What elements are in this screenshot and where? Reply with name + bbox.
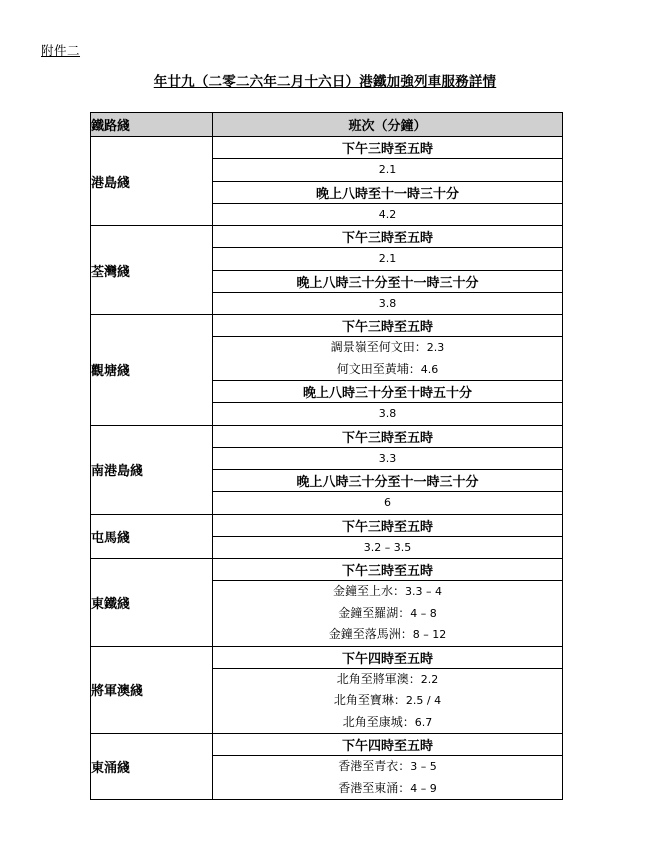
service-period: 晚上八時三十分至十時五十分 (213, 381, 563, 403)
route-segment: 金鐘至羅湖： (338, 606, 410, 620)
frequency-line: 香港至青衣：3 – 5 (213, 756, 562, 778)
frequency-number: 6 (384, 496, 391, 509)
frequency-line: 2.1 (213, 159, 562, 181)
service-period: 下午三時至五時 (213, 514, 563, 536)
frequency-number: 2.2 (421, 673, 439, 686)
frequency-number: 4.2 (379, 208, 397, 221)
frequency-line: 金鐘至落馬洲：8 – 12 (213, 624, 562, 646)
frequency-value: 金鐘至上水：3.3 – 4金鐘至羅湖：4 – 8金鐘至落馬洲：8 – 12 (213, 581, 563, 647)
frequency-value: 3.8 (213, 292, 563, 315)
frequency-number: 2.3 (427, 341, 445, 354)
frequency-number: 3.8 (379, 407, 397, 420)
frequency-line: 6 (213, 492, 562, 514)
frequency-number: 2.1 (379, 252, 397, 265)
service-period: 下午三時至五時 (213, 226, 563, 248)
frequency-number: 3.2 – 3.5 (364, 541, 411, 554)
frequency-value: 3.8 (213, 403, 563, 426)
frequency-number: 8 – 12 (413, 628, 447, 641)
route-segment: 北角至寶琳： (334, 693, 406, 707)
frequency-value: 3.3 (213, 447, 563, 470)
document-title: 年廿九（二零二六年二月十六日）港鐵加強列車服務詳情 (0, 70, 650, 90)
frequency-value: 調景嶺至何文田：2.3何文田至黃埔：4.6 (213, 337, 563, 381)
frequency-line: 北角至寶琳：2.5 / 4 (213, 690, 562, 712)
frequency-number: 2.5 / 4 (406, 694, 441, 707)
frequency-number: 3.3 (379, 452, 397, 465)
frequency-number: 3 – 5 (410, 760, 437, 773)
frequency-value: 3.2 – 3.5 (213, 536, 563, 559)
route-segment: 金鐘至上水： (333, 584, 405, 598)
frequency-number: 3.3 – 4 (405, 585, 442, 598)
route-segment: 香港至東涌： (338, 781, 410, 795)
frequency-number: 4 – 9 (410, 782, 437, 795)
frequency-number: 4.6 (421, 363, 439, 376)
frequency-value: 6 (213, 492, 563, 515)
table-row: 屯馬綫下午三時至五時 (91, 514, 563, 536)
frequency-value: 北角至將軍澳：2.2北角至寶琳：2.5 / 4北角至康城：6.7 (213, 668, 563, 734)
frequency-line: 2.1 (213, 248, 562, 270)
table-row: 荃灣綫下午三時至五時 (91, 226, 563, 248)
frequency-line: 何文田至黃埔：4.6 (213, 359, 562, 381)
service-period: 晚上八時三十分至十一時三十分 (213, 470, 563, 492)
railway-line-name: 港島綫 (91, 137, 213, 226)
header-railway-line: 鐵路綫 (91, 113, 213, 137)
service-period: 下午三時至五時 (213, 425, 563, 447)
frequency-number: 2.1 (379, 163, 397, 176)
table-row: 港島綫下午三時至五時 (91, 137, 563, 159)
frequency-line: 3.8 (213, 403, 562, 425)
frequency-line: 3.3 (213, 448, 562, 470)
frequency-line: 金鐘至上水：3.3 – 4 (213, 581, 562, 603)
annex-label: 附件二 (41, 41, 80, 59)
service-table: 鐵路綫 班次（分鐘） 港島綫下午三時至五時2.1晚上八時至十一時三十分4.2荃灣… (90, 112, 563, 800)
frequency-value: 香港至青衣：3 – 5香港至東涌：4 – 9 (213, 756, 563, 800)
frequency-line: 4.2 (213, 204, 562, 226)
service-period: 下午三時至五時 (213, 559, 563, 581)
service-period: 下午三時至五時 (213, 315, 563, 337)
service-period: 晚上八時三十分至十一時三十分 (213, 270, 563, 292)
frequency-line: 金鐘至羅湖：4 – 8 (213, 603, 562, 625)
railway-line-name: 屯馬綫 (91, 514, 213, 559)
header-frequency: 班次（分鐘） (213, 113, 563, 137)
table-row: 南港島綫下午三時至五時 (91, 425, 563, 447)
frequency-line: 3.8 (213, 293, 562, 315)
frequency-value: 4.2 (213, 203, 563, 226)
frequency-line: 北角至將軍澳：2.2 (213, 669, 562, 691)
table-row: 東涌綫下午四時至五時 (91, 734, 563, 756)
table-row: 東鐵綫下午三時至五時 (91, 559, 563, 581)
table-header-row: 鐵路綫 班次（分鐘） (91, 113, 563, 137)
frequency-value: 2.1 (213, 248, 563, 271)
frequency-value: 2.1 (213, 159, 563, 182)
frequency-line: 3.2 – 3.5 (213, 537, 562, 559)
frequency-line: 調景嶺至何文田：2.3 (213, 337, 562, 359)
service-period: 下午四時至五時 (213, 646, 563, 668)
route-segment: 北角至康城： (343, 715, 415, 729)
table-body: 港島綫下午三時至五時2.1晚上八時至十一時三十分4.2荃灣綫下午三時至五時2.1… (91, 137, 563, 800)
railway-line-name: 將軍澳綫 (91, 646, 213, 734)
frequency-line: 北角至康城：6.7 (213, 712, 562, 734)
table-row: 將軍澳綫下午四時至五時 (91, 646, 563, 668)
railway-line-name: 東涌綫 (91, 734, 213, 800)
route-segment: 調景嶺至何文田： (331, 340, 427, 354)
frequency-number: 3.8 (379, 297, 397, 310)
route-segment: 金鐘至落馬洲： (329, 627, 413, 641)
railway-line-name: 觀塘綫 (91, 315, 213, 426)
route-segment: 北角至將軍澳： (337, 672, 421, 686)
railway-line-name: 東鐵綫 (91, 559, 213, 647)
frequency-number: 4 – 8 (410, 607, 437, 620)
route-segment: 香港至青衣： (338, 759, 410, 773)
table-row: 觀塘綫下午三時至五時 (91, 315, 563, 337)
frequency-number: 6.7 (415, 716, 433, 729)
railway-line-name: 南港島綫 (91, 425, 213, 514)
frequency-line: 香港至東涌：4 – 9 (213, 778, 562, 800)
service-period: 下午三時至五時 (213, 137, 563, 159)
service-period: 下午四時至五時 (213, 734, 563, 756)
route-segment: 何文田至黃埔： (337, 362, 421, 376)
service-period: 晚上八時至十一時三十分 (213, 181, 563, 203)
railway-line-name: 荃灣綫 (91, 226, 213, 315)
